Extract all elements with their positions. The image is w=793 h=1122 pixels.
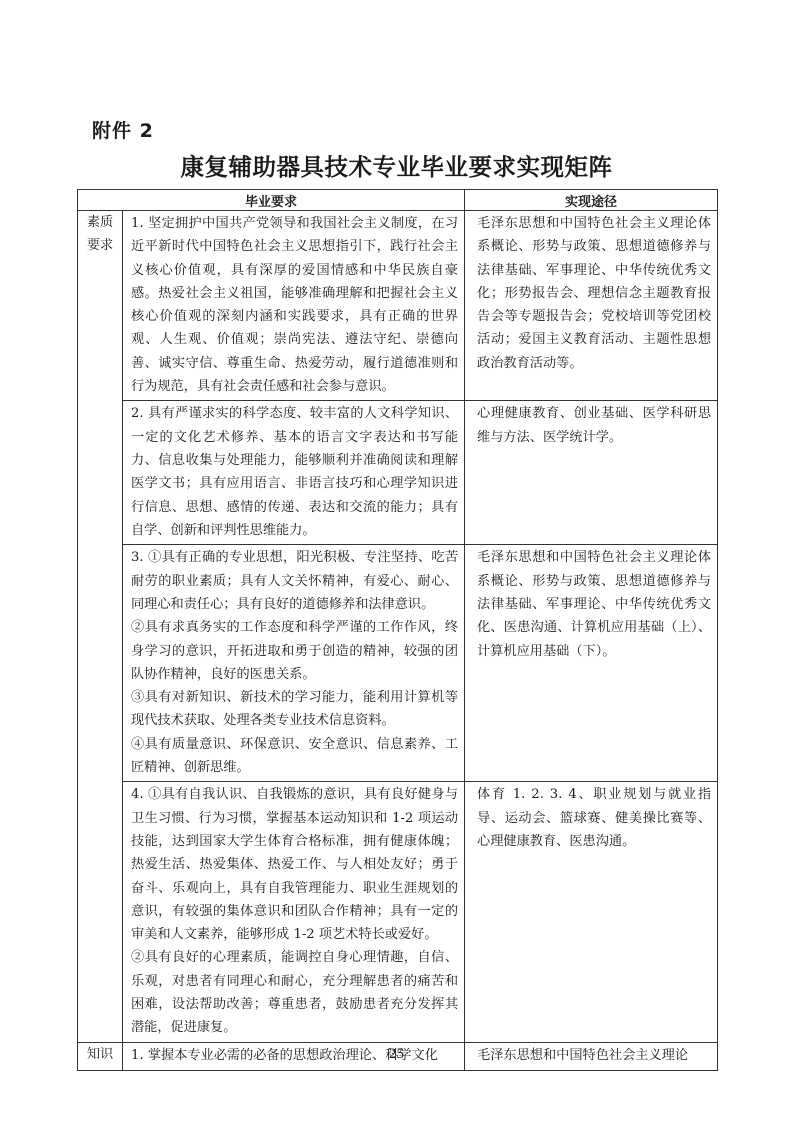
header-path: 实现途径 (465, 190, 718, 211)
graduation-requirements-matrix: 毕业要求 实现途径 素质 要求 1. 坚定拥护中国共产党领导和我国社会主义制度，… (77, 189, 718, 1071)
requirement-cell: 1. 坚定拥护中国共产党领导和我国社会主义制度，在习近平新时代中国特色社会主义思… (123, 211, 465, 401)
requirement-cell: 3. ①具有正确的专业思想，阳光积极、专注坚持、吃苦耐劳的职业素质；具有人文关怀… (123, 545, 465, 782)
requirement-cell: 2. 具有严谨求实的科学态度、较丰富的人文科学知识、一定的文化艺术修养、基本的语… (123, 401, 465, 545)
page-number: 25 (0, 1046, 793, 1063)
requirement-cell: 4. ①具有自我认识、自我锻炼的意识，具有良好健身与卫生习惯、行为习惯，掌握基本… (123, 782, 465, 1043)
header-requirement: 毕业要求 (78, 190, 465, 211)
path-cell: 毛泽东思想和中国特色社会主义理论体系概论、形势与政策、思想道德修养与法律基础、军… (465, 545, 718, 782)
annex-label: 附件 2 (92, 116, 154, 143)
table-header-row: 毕业要求 实现途径 (78, 190, 718, 211)
category-quality: 素质 要求 (78, 211, 123, 1043)
document-title: 康复辅助器具技术专业毕业要求实现矩阵 (0, 148, 793, 182)
table-row: 素质 要求 1. 坚定拥护中国共产党领导和我国社会主义制度，在习近平新时代中国特… (78, 211, 718, 401)
table-row: 2. 具有严谨求实的科学态度、较丰富的人文科学知识、一定的文化艺术修养、基本的语… (78, 401, 718, 545)
table-row: 3. ①具有正确的专业思想，阳光积极、专注坚持、吃苦耐劳的职业素质；具有人文关怀… (78, 545, 718, 782)
path-cell: 毛泽东思想和中国特色社会主义理论体系概论、形势与政策、思想道德修养与法律基础、军… (465, 211, 718, 401)
path-cell: 心理健康教育、创业基础、医学科研思维与方法、医学统计学。 (465, 401, 718, 545)
path-cell: 体育 1. 2. 3. 4、职业规划与就业指导、运动会、篮球赛、健美操比赛等、心… (465, 782, 718, 1043)
table-row: 4. ①具有自我认识、自我锻炼的意识，具有良好健身与卫生习惯、行为习惯，掌握基本… (78, 782, 718, 1043)
